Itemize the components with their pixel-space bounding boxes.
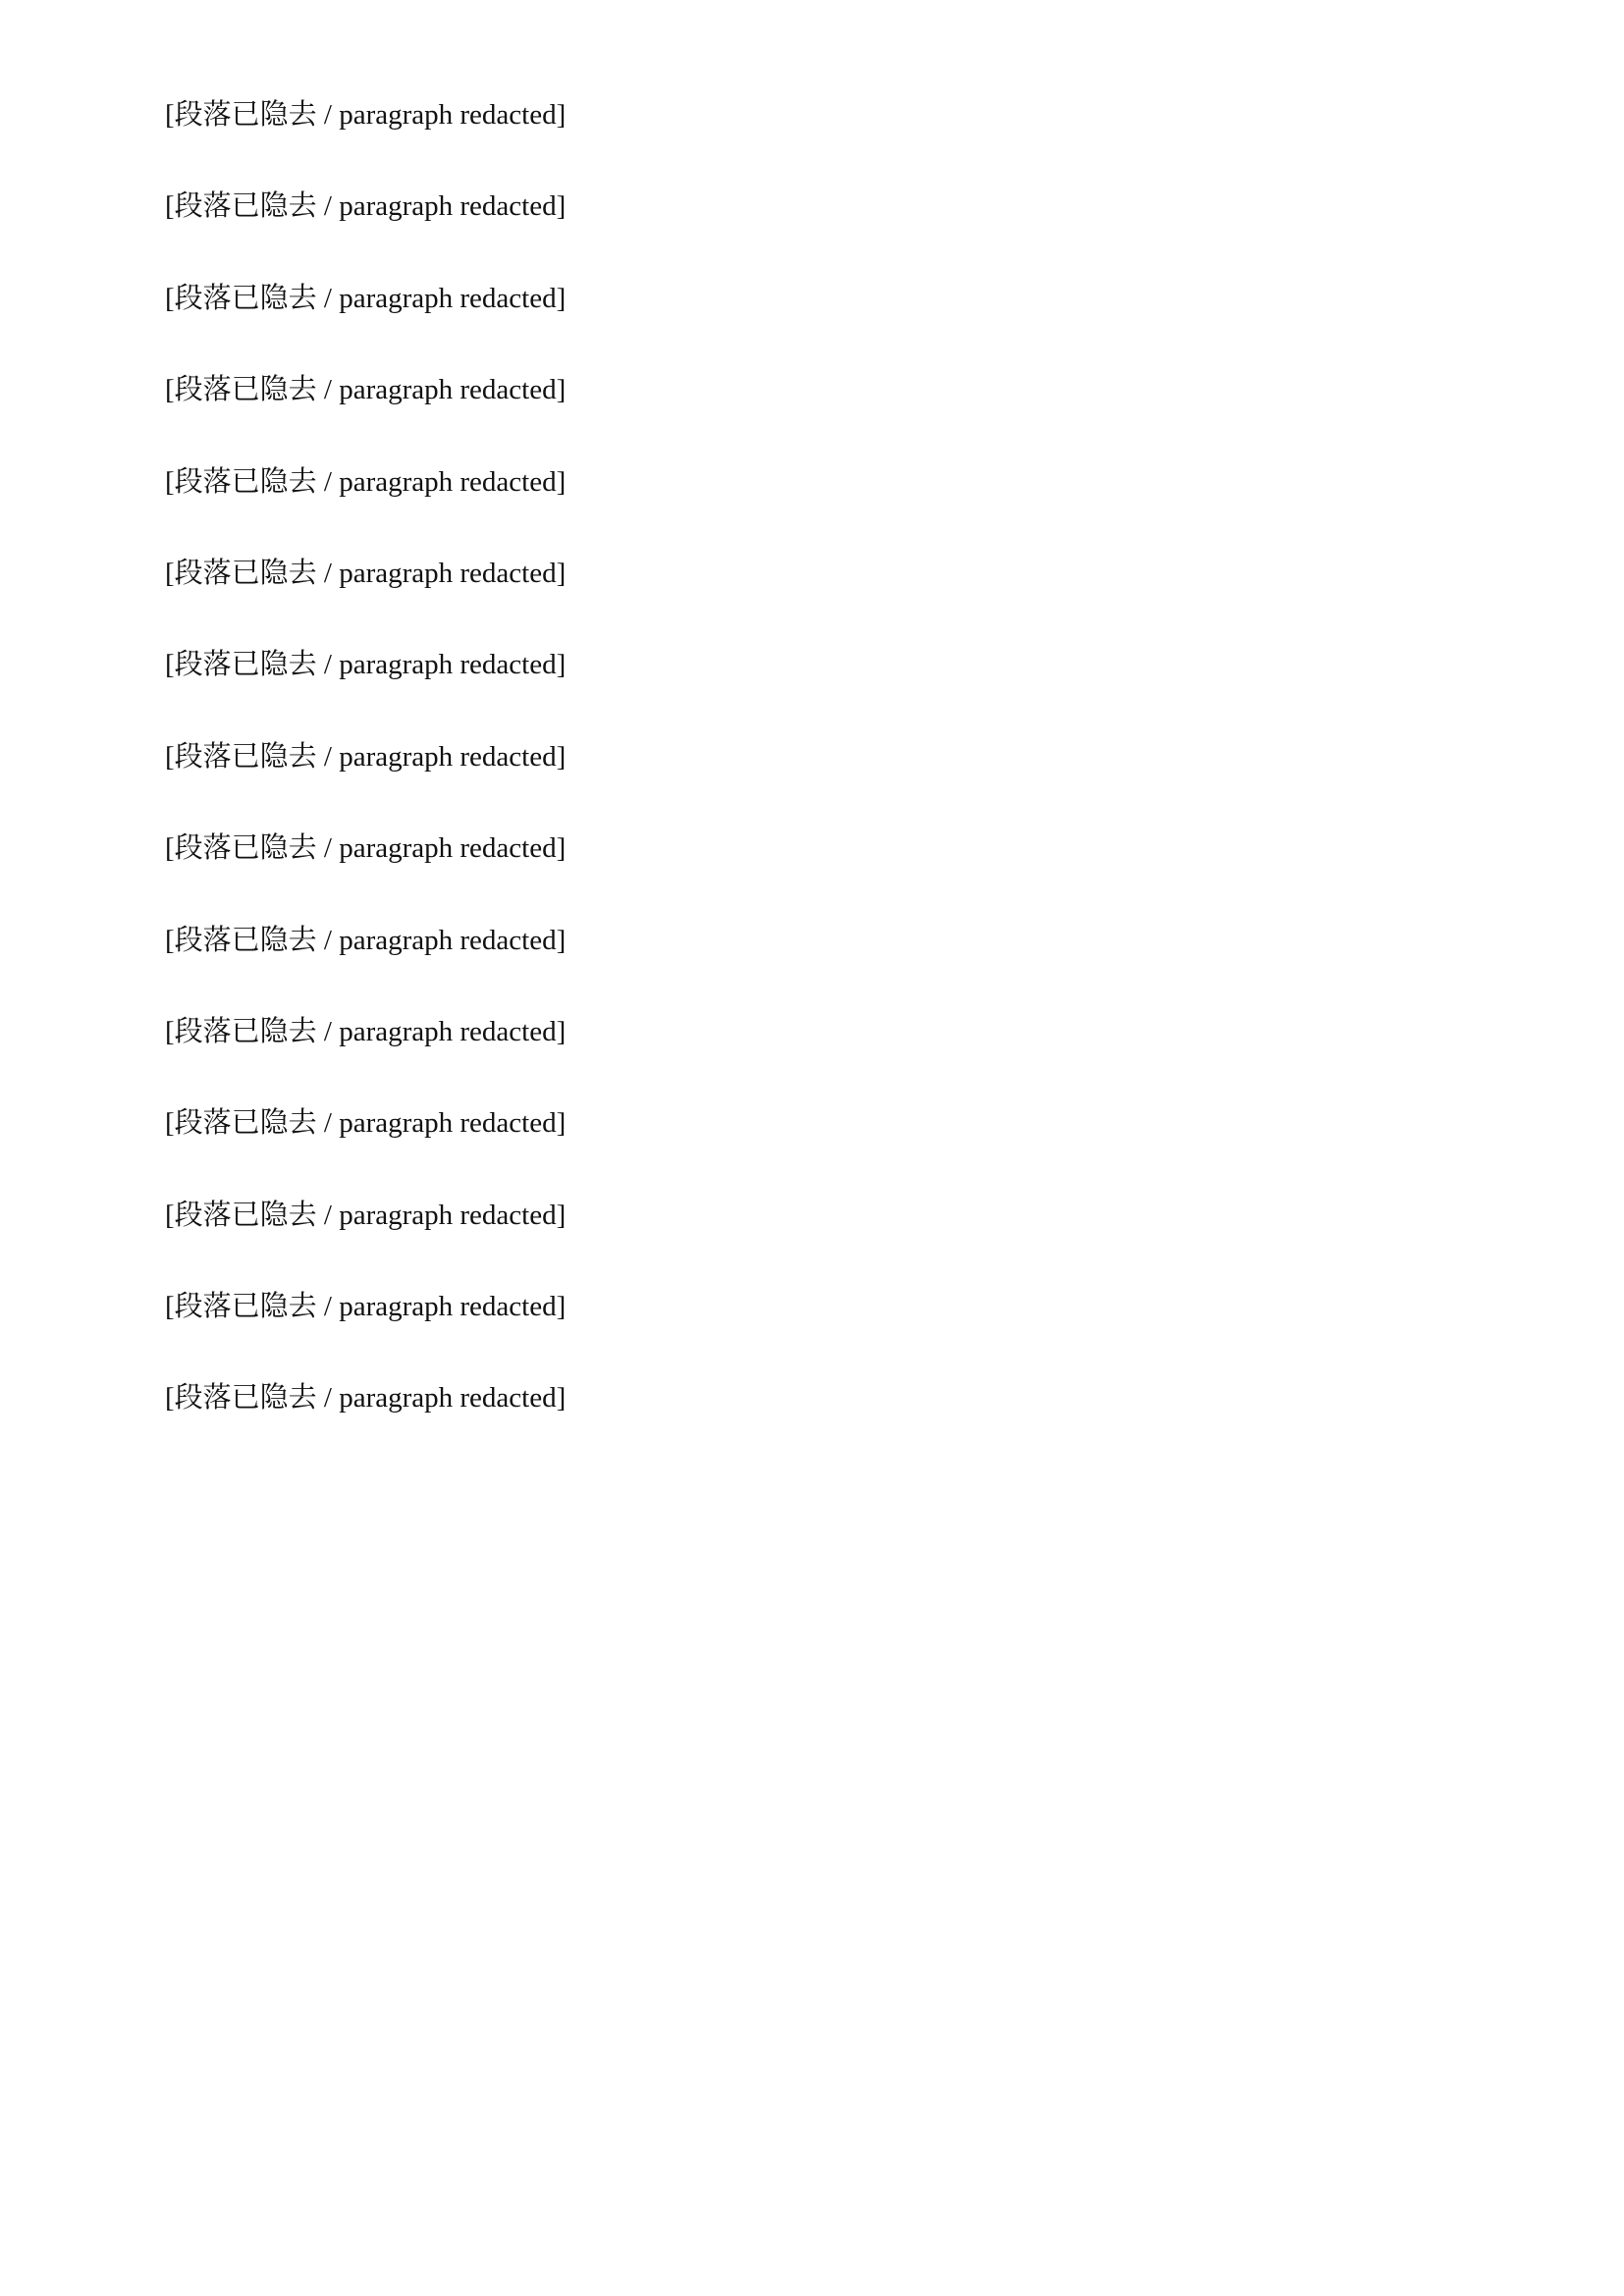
paragraph: [段落已隐去 / paragraph redacted] xyxy=(108,446,1516,519)
paragraph: [段落已隐去 / paragraph redacted] xyxy=(108,995,1516,1069)
paragraph: [段落已隐去 / paragraph redacted] xyxy=(108,628,1516,702)
paragraph: [段落已隐去 / paragraph redacted] xyxy=(108,721,1516,794)
paragraph: [段落已隐去 / paragraph redacted] xyxy=(108,1270,1516,1344)
paragraph: [段落已隐去 / paragraph redacted] xyxy=(108,537,1516,611)
paragraph: [段落已隐去 / paragraph redacted] xyxy=(108,353,1516,427)
paragraph: [段落已隐去 / paragraph redacted] xyxy=(108,262,1516,336)
paragraph: [段落已隐去 / paragraph redacted] xyxy=(108,1362,1516,1435)
paragraph: [段落已隐去 / paragraph redacted] xyxy=(108,79,1516,152)
document-page: [段落已隐去 / paragraph redacted][段落已隐去 / par… xyxy=(0,0,1624,2296)
paragraph: [段落已隐去 / paragraph redacted] xyxy=(108,1179,1516,1253)
paragraph: [段落已隐去 / paragraph redacted] xyxy=(108,1087,1516,1160)
paragraph: [段落已隐去 / paragraph redacted] xyxy=(108,904,1516,978)
paragraph: [段落已隐去 / paragraph redacted] xyxy=(108,812,1516,885)
paragraph: [段落已隐去 / paragraph redacted] xyxy=(108,170,1516,243)
